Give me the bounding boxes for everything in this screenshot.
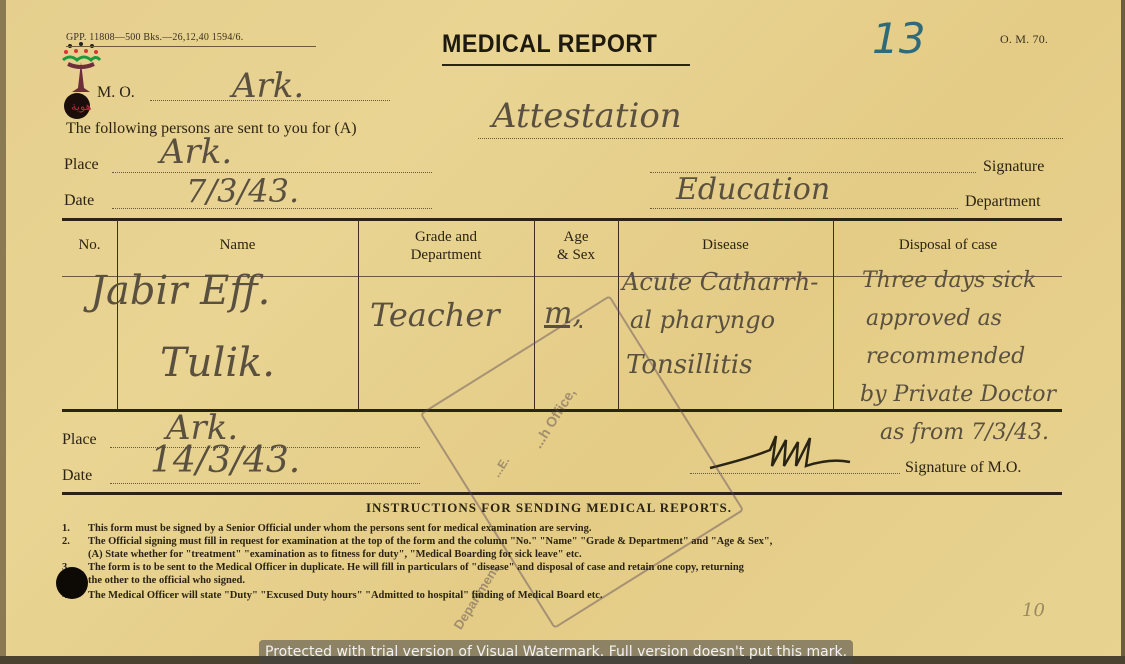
paper-edge-left: [0, 0, 6, 664]
header-age-sex: Age & Sex: [534, 228, 618, 264]
header-age-line1: Age: [534, 228, 618, 246]
disposal-line4: by Private Doctor: [860, 382, 1056, 407]
name-line1: Jabir Eff.: [90, 268, 270, 314]
grade-value: Teacher: [370, 296, 500, 334]
svg-text:هوية: هوية: [71, 100, 92, 113]
mo-place-label: Place: [62, 431, 97, 449]
disposal-line5: as from 7/3/43.: [880, 420, 1049, 445]
header-grade-line1: Grade and: [358, 228, 534, 246]
signature-label: Signature: [983, 158, 1044, 176]
header-age-line2: & Sex: [534, 246, 618, 264]
disposal-line3: recommended: [866, 344, 1025, 369]
archive-logo-icon: هوية: [60, 40, 102, 120]
header-grade: Grade and Department: [358, 228, 534, 264]
disease-line2: al pharyngo: [630, 306, 775, 334]
sent-for-value: Attestation: [492, 96, 682, 136]
page-title: MEDICAL REPORT: [442, 30, 657, 59]
mo-label: M. O.: [97, 84, 135, 102]
handwritten-number: 13: [872, 14, 925, 63]
paper-edge-right: [1121, 0, 1125, 664]
instruction-4-text: The Medical Officer will state "Duty" "E…: [88, 589, 603, 602]
place-value: Ark.: [160, 132, 232, 172]
instruction-2-text: The Official signing must fill in reques…: [88, 535, 772, 548]
mo-value: Ark.: [232, 66, 304, 106]
form-number: O. M. 70.: [1000, 32, 1048, 47]
date-value: 7/3/43.: [186, 172, 299, 210]
instruction-1-num: 1.: [62, 522, 70, 535]
header-disease: Disease: [618, 236, 833, 254]
instruction-2-num: 2.: [62, 535, 70, 548]
disease-line1: Acute Catharrh-: [622, 268, 818, 296]
instruction-3b-text: the other to the official who signed.: [88, 574, 245, 587]
page-mark: 10: [1022, 600, 1045, 621]
mo-signature-label: Signature of M.O.: [905, 459, 1021, 477]
disposal-line1: Three days sick: [862, 268, 1036, 293]
medical-report-form: هوية GPP. 11808—500 Bks.—26,12,40 1594/6…: [0, 0, 1125, 664]
department-label: Department: [965, 193, 1041, 211]
place-label: Place: [64, 156, 99, 174]
header-grade-line2: Department: [358, 246, 534, 264]
department-value: Education: [676, 172, 830, 207]
sent-for-dotted-line: [478, 138, 1063, 139]
punch-hole: [56, 567, 88, 599]
mo-signature: [700, 428, 860, 478]
watermark-banner: Protected with trial version of Visual W…: [259, 640, 853, 664]
header-disposal: Disposal of case: [833, 236, 1063, 254]
date-label: Date: [64, 192, 94, 210]
mo-date-dotted-line: [110, 483, 420, 484]
mo-date-value: 14/3/43.: [150, 440, 300, 481]
name-line2: Tulik.: [160, 340, 275, 386]
header-name: Name: [117, 236, 358, 254]
instruction-3-text: The form is to be sent to the Medical Of…: [88, 561, 744, 574]
instruction-2b-text: (A) State whether for "treatment" "exami…: [88, 548, 582, 561]
form-code-underline: [66, 46, 316, 47]
form-code: GPP. 11808—500 Bks.—26,12,40 1594/6.: [66, 32, 243, 43]
instructions-title: INSTRUCTIONS FOR SENDING MEDICAL REPORTS…: [366, 500, 732, 516]
instruction-1-text: This form must be signed by a Senior Off…: [88, 522, 592, 535]
title-underline: [442, 64, 690, 66]
header-no: No.: [62, 236, 117, 254]
mo-date-label: Date: [62, 467, 92, 485]
department-dotted-line: [650, 208, 958, 209]
table-top-rule: [62, 218, 1062, 221]
disposal-line2: approved as: [866, 306, 1002, 331]
department-stamp: [420, 295, 745, 629]
